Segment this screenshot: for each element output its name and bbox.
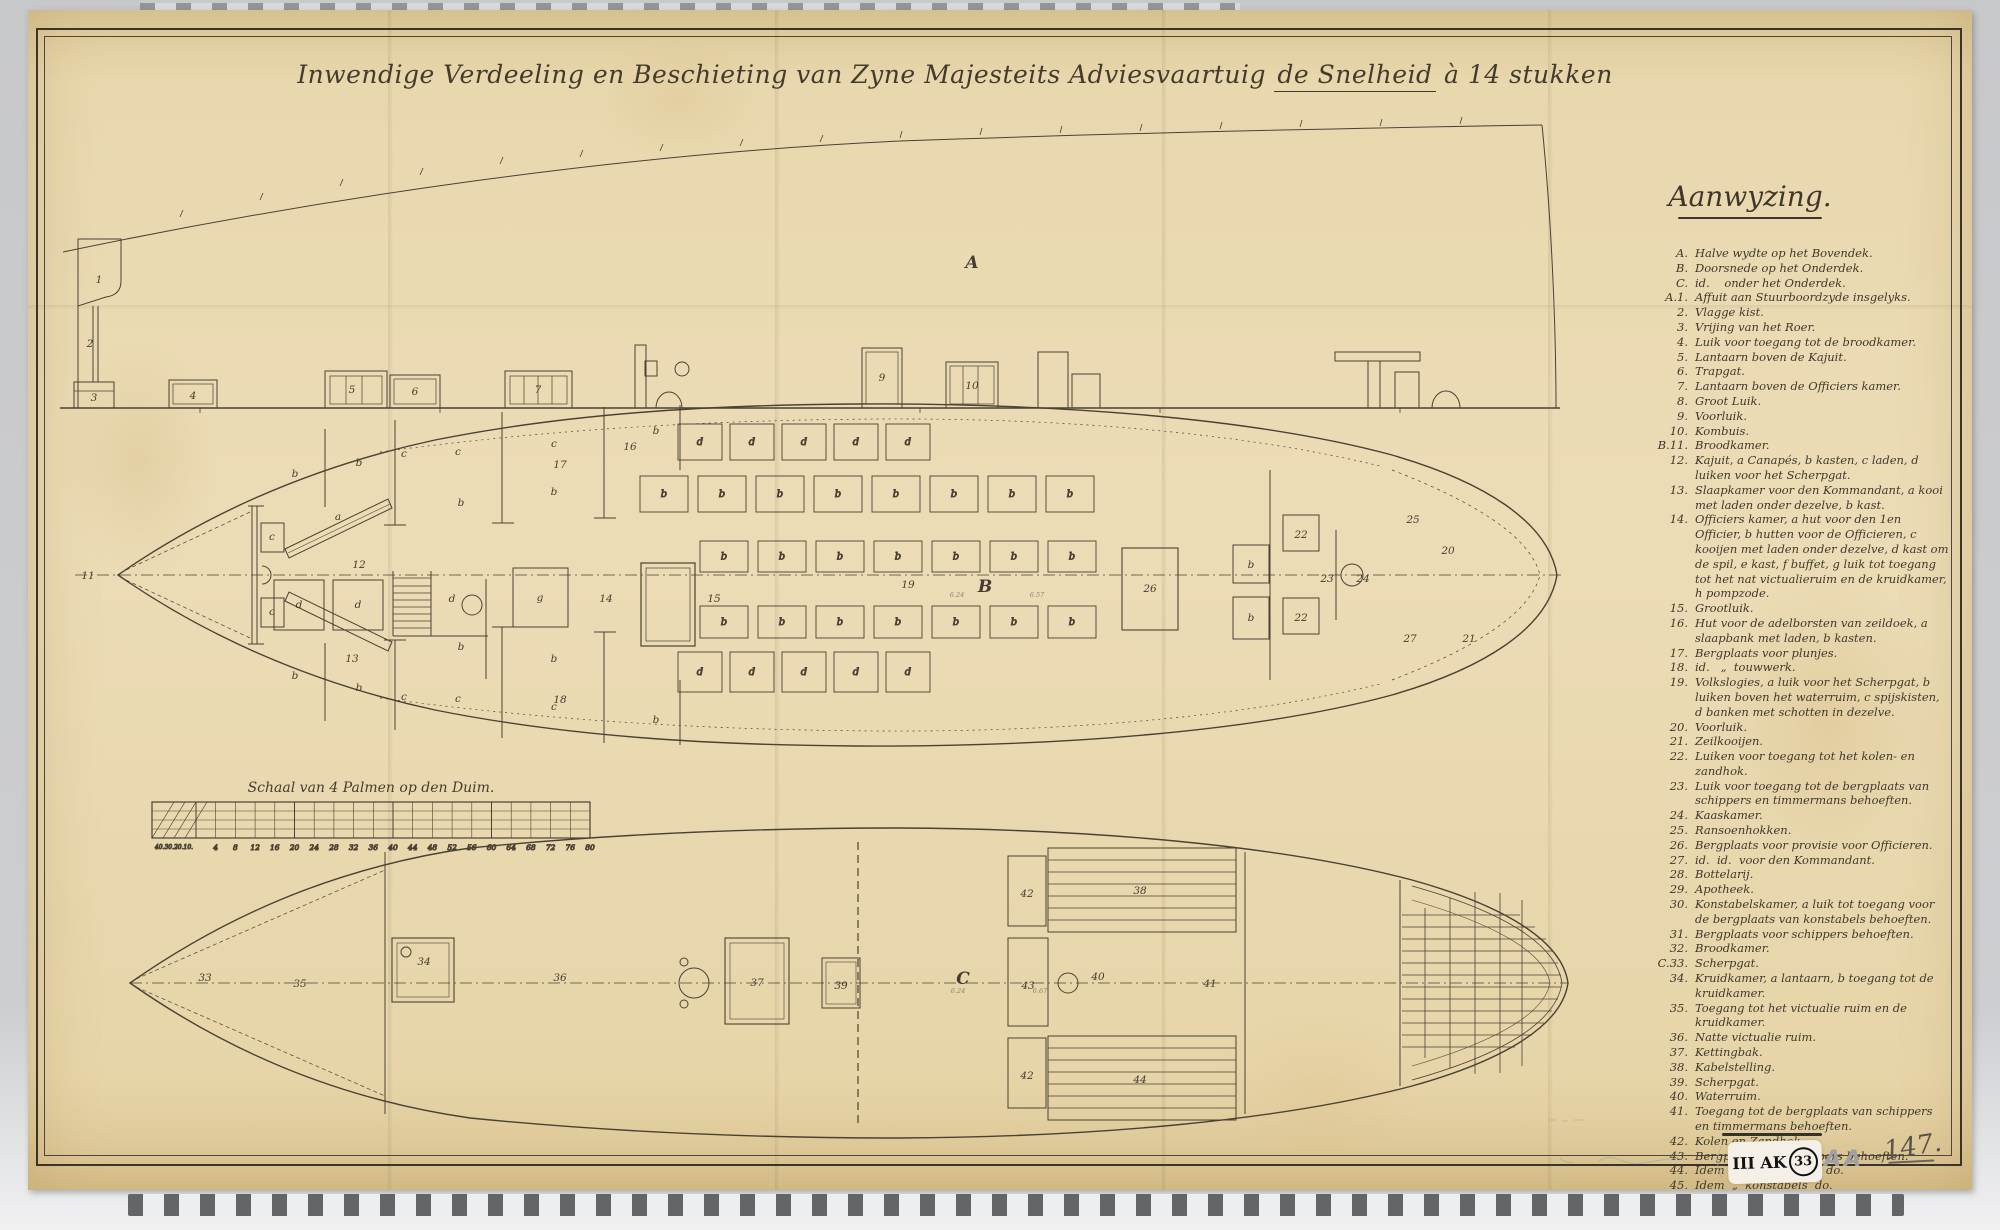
svg-text:6.57: 6.57 — [1030, 591, 1045, 599]
svg-text:b: b — [356, 682, 363, 694]
svg-text:d: d — [853, 437, 859, 448]
svg-text:b: b — [1248, 612, 1255, 624]
svg-text:b: b — [1069, 552, 1075, 563]
svg-text:c: c — [401, 691, 407, 703]
svg-text:B: B — [977, 577, 992, 597]
svg-text:6.24: 6.24 — [951, 987, 965, 995]
plan-b-berth-grid: dddddbbbbbbbbbbbbbbbbbbbbbbddddd — [640, 424, 1096, 692]
svg-text:b: b — [953, 617, 959, 628]
svg-text:b: b — [1248, 559, 1255, 571]
svg-text:60: 60 — [487, 843, 497, 852]
svg-text:b: b — [1069, 617, 1075, 628]
svg-text:b: b — [653, 714, 660, 726]
svg-text:24: 24 — [1355, 573, 1369, 585]
svg-text:42: 42 — [1019, 1070, 1034, 1082]
svg-text:56: 56 — [467, 843, 477, 852]
archive-number-circle: 33 — [1788, 1146, 1818, 1176]
svg-text:b: b — [837, 552, 843, 563]
svg-text:b: b — [661, 489, 667, 500]
svg-text:28: 28 — [328, 843, 339, 852]
svg-text:35: 35 — [293, 978, 307, 990]
svg-text:d: d — [355, 599, 362, 611]
svg-text:11: 11 — [81, 570, 94, 582]
svg-text:b: b — [837, 617, 843, 628]
svg-text:64: 64 — [506, 843, 516, 852]
plan-b-deck — [75, 404, 1562, 746]
svg-text:48: 48 — [427, 843, 438, 852]
scale-caption: Schaal van 4 Palmen op den Duim. — [248, 780, 495, 796]
pencil-scribble — [1548, 1120, 1722, 1178]
svg-text:b: b — [458, 497, 465, 509]
svg-text:b: b — [551, 486, 558, 498]
svg-text:8: 8 — [233, 843, 238, 852]
svg-text:b: b — [551, 653, 558, 665]
svg-text:c: c — [455, 446, 461, 458]
svg-text:80: 80 — [585, 843, 595, 852]
svg-text:26: 26 — [1142, 583, 1157, 595]
svg-text:9: 9 — [879, 372, 886, 384]
svg-text:b: b — [1009, 489, 1015, 500]
svg-text:d: d — [905, 667, 911, 678]
svg-text:41: 41 — [1202, 978, 1216, 990]
archive-series: III AK — [1732, 1152, 1787, 1172]
svg-text:b: b — [1011, 552, 1017, 563]
svg-text:36: 36 — [369, 843, 379, 852]
svg-text:44: 44 — [1132, 1074, 1146, 1086]
svg-text:40.30.20.10.: 40.30.20.10. — [154, 844, 193, 851]
svg-text:36: 36 — [553, 972, 567, 984]
svg-text:19: 19 — [901, 579, 915, 591]
svg-text:39: 39 — [834, 980, 848, 992]
svg-text:c: c — [269, 606, 275, 618]
svg-text:68: 68 — [526, 843, 536, 852]
svg-text:21: 21 — [1461, 633, 1475, 645]
pencil-initials: AA — [1824, 1147, 1864, 1172]
svg-text:44: 44 — [407, 843, 418, 852]
svg-text:b: b — [721, 617, 727, 628]
svg-text:22: 22 — [1293, 529, 1308, 541]
svg-text:b: b — [292, 468, 299, 480]
svg-text:g: g — [537, 592, 544, 604]
svg-text:b: b — [779, 552, 785, 563]
svg-text:c: c — [401, 448, 407, 460]
svg-text:76: 76 — [566, 843, 576, 852]
svg-text:1: 1 — [96, 274, 103, 286]
svg-text:10: 10 — [965, 380, 979, 392]
svg-text:b: b — [1067, 489, 1073, 500]
plan-a-labels: A1234567910 — [86, 253, 979, 404]
svg-text:6: 6 — [412, 386, 419, 398]
svg-text:52: 52 — [447, 843, 457, 852]
svg-text:14: 14 — [599, 593, 612, 605]
svg-text:42: 42 — [1019, 888, 1034, 900]
svg-text:d: d — [296, 599, 303, 611]
svg-text:b: b — [951, 489, 957, 500]
svg-text:d: d — [905, 437, 911, 448]
svg-text:c: c — [455, 693, 461, 705]
svg-text:A: A — [963, 253, 978, 273]
svg-text:a: a — [335, 511, 341, 523]
svg-text:33: 33 — [198, 972, 212, 984]
svg-text:b: b — [653, 425, 660, 437]
svg-text:b: b — [953, 552, 959, 563]
svg-text:38: 38 — [1133, 885, 1147, 897]
svg-text:b: b — [895, 617, 901, 628]
svg-text:b: b — [777, 489, 783, 500]
svg-text:b: b — [356, 457, 363, 469]
svg-text:b: b — [719, 489, 725, 500]
svg-text:5: 5 — [349, 384, 356, 396]
svg-text:32: 32 — [349, 843, 359, 852]
svg-text:25: 25 — [1405, 514, 1420, 526]
svg-text:b: b — [835, 489, 841, 500]
svg-text:b: b — [779, 617, 785, 628]
svg-text:22: 22 — [1293, 612, 1308, 624]
svg-text:12: 12 — [352, 559, 366, 571]
svg-text:C: C — [956, 969, 970, 989]
svg-text:16: 16 — [623, 441, 637, 453]
svg-text:d: d — [749, 667, 755, 678]
svg-text:16: 16 — [270, 843, 280, 852]
svg-text:6.67: 6.67 — [1033, 987, 1048, 995]
plan-b-labels: B111213141516171819262021222223242527acc… — [81, 425, 1475, 726]
svg-text:15: 15 — [707, 593, 721, 605]
svg-text:20: 20 — [1440, 545, 1455, 557]
svg-text:40: 40 — [387, 843, 398, 852]
svg-text:d: d — [853, 667, 859, 678]
svg-text:d: d — [697, 667, 703, 678]
svg-text:b: b — [1011, 617, 1017, 628]
svg-text:4: 4 — [189, 390, 197, 402]
svg-text:3: 3 — [91, 392, 98, 404]
svg-text:d: d — [449, 593, 456, 605]
svg-text:6.24: 6.24 — [950, 591, 964, 599]
svg-text:72: 72 — [546, 843, 556, 852]
svg-text:c: c — [551, 438, 557, 450]
svg-text:b: b — [292, 670, 299, 682]
plan-a-profile — [60, 117, 1560, 413]
svg-text:7: 7 — [535, 384, 542, 396]
svg-text:23: 23 — [1319, 573, 1334, 585]
svg-text:b: b — [895, 552, 901, 563]
archive-label-sticker: III AK 33 — [1727, 1140, 1822, 1184]
svg-text:d: d — [697, 437, 703, 448]
svg-text:d: d — [801, 437, 807, 448]
svg-text:b: b — [458, 641, 465, 653]
svg-text:34: 34 — [417, 956, 430, 968]
svg-text:13: 13 — [345, 653, 359, 665]
svg-text:d: d — [749, 437, 755, 448]
svg-text:2: 2 — [86, 338, 94, 350]
svg-text:20: 20 — [289, 843, 300, 852]
svg-text:b: b — [893, 489, 899, 500]
plans-drawing: dddddbbbbbbbbbbbbbbbbbbbbbbddddd — [0, 0, 2000, 1230]
svg-text:24: 24 — [308, 843, 319, 852]
svg-text:d: d — [801, 667, 807, 678]
plan-c-hold — [130, 828, 1568, 1138]
svg-text:40: 40 — [1090, 971, 1105, 983]
svg-text:27: 27 — [1402, 633, 1417, 645]
svg-text:17: 17 — [553, 459, 567, 471]
svg-text:c: c — [551, 701, 557, 713]
perforated-edge-bottom — [128, 1194, 1904, 1216]
svg-text:37: 37 — [750, 977, 764, 989]
ship-plan-scan: Inwendige Verdeeling en Beschieting van … — [0, 0, 2000, 1230]
plan-c-labels: C333534363739404142424338446.246.67 — [198, 885, 1216, 1086]
svg-text:12: 12 — [250, 843, 260, 852]
svg-text:b: b — [721, 552, 727, 563]
svg-text:c: c — [269, 531, 275, 543]
svg-text:4: 4 — [212, 843, 218, 852]
scale-bar: Schaal van 4 Palmen op den Duim. 4812162… — [152, 780, 595, 852]
